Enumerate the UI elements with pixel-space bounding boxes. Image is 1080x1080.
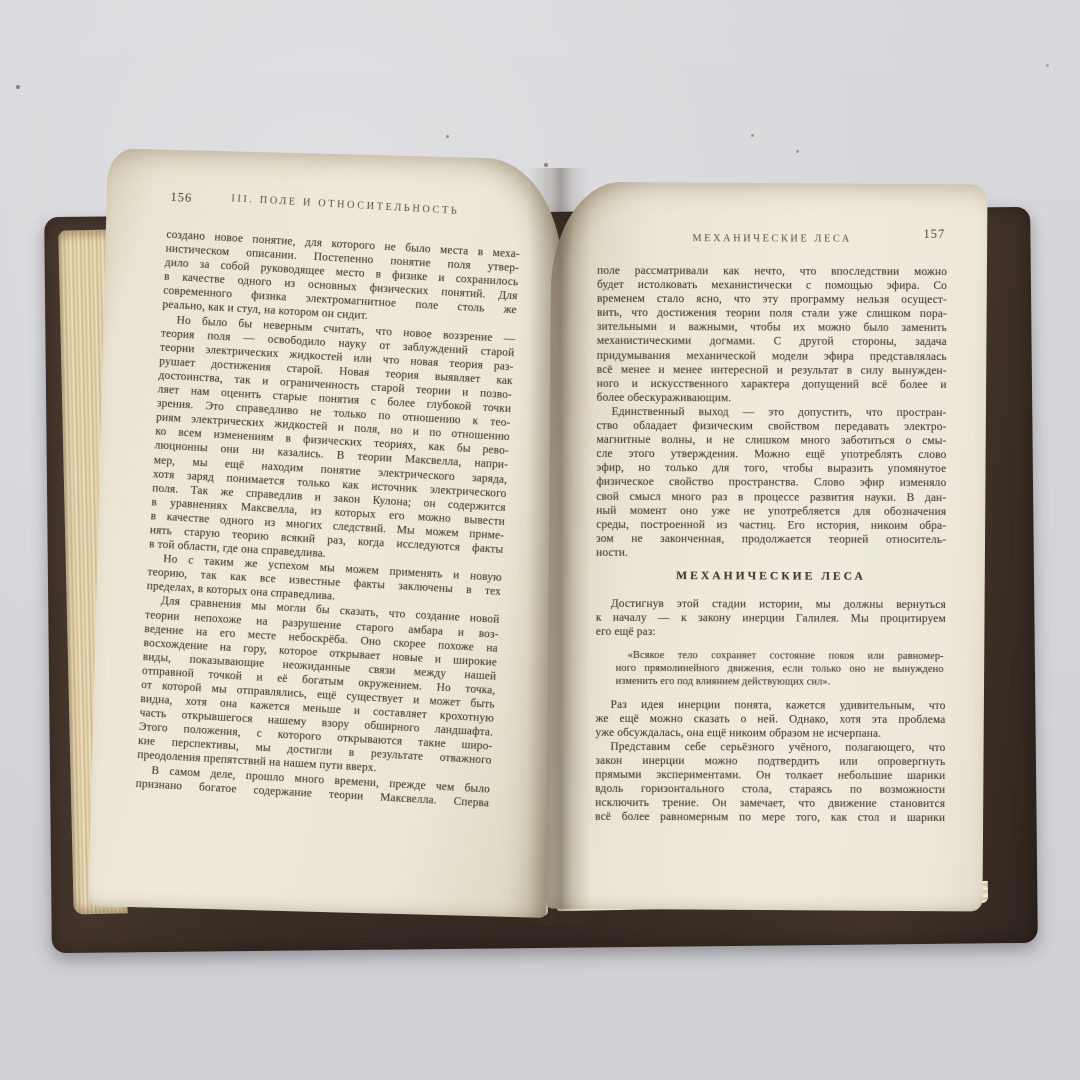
- dust-speck: [751, 134, 754, 137]
- text-line: зом не законченная, продолжается теорией…: [596, 532, 946, 547]
- left-running-header: 156 III. ПОЛЕ И ОТНОСИТЕЛЬНОСТЬ: [168, 190, 523, 232]
- text-line: всё более равномерным по мере того, как …: [595, 810, 945, 825]
- text-line: изменить его под влиянием действующих си…: [616, 675, 944, 689]
- text-line: зительными и важными, чтобы их можно был…: [597, 320, 947, 335]
- text-line: ный момент оно уже не употребляется для …: [596, 503, 946, 518]
- text-line: будет истолковать механистически с помощ…: [597, 278, 947, 293]
- text-line: придумывания механической модели эфира п…: [597, 348, 947, 363]
- text-line: ного и искусственного характера допущени…: [597, 377, 947, 392]
- paragraph: Достигнув этой стадии истории, мы должны…: [596, 597, 946, 641]
- text-line: временем стало ясно, что эту программу н…: [597, 292, 947, 307]
- paragraph: Для сравнения мы могли бы сказать, что с…: [137, 594, 500, 783]
- paragraph: Представим себе серьёзного учёного, пола…: [595, 740, 945, 826]
- paragraph: Единственный выход — это допустить, что …: [596, 405, 947, 561]
- paragraph: «Всякое тело сохраняет состояние покоя и…: [616, 649, 944, 689]
- text-line: ности.: [596, 546, 946, 561]
- text-line: ного прямолинейного движения, если тольк…: [616, 662, 944, 676]
- text-line: Раз идея инерции понята, кажется удивите…: [596, 697, 946, 712]
- paragraph: Но было бы неверным считать, что новое в…: [149, 312, 516, 571]
- right-page-body-mid: Достигнув этой стадии истории, мы должны…: [596, 597, 946, 641]
- left-page-content: 156 III. ПОЛЕ И ОТНОСИТЕЛЬНОСТЬ создано …: [135, 190, 522, 811]
- section-heading: МЕХАНИЧЕСКИЕ ЛЕСА: [596, 569, 946, 583]
- text-line: Представим себе серьёзного учёного, пола…: [595, 740, 945, 755]
- text-line: же ещё можно сказать о ней. Однако, хотя…: [595, 711, 945, 726]
- text-line: «Всякое тело сохраняет состояние покоя и…: [616, 649, 944, 663]
- dust-speck: [796, 150, 799, 153]
- dust-speck: [446, 135, 449, 138]
- text-line: сле этого утверждения. Можно ещё употреб…: [596, 447, 946, 462]
- text-line: вить, что достижения теории поля стали у…: [597, 306, 947, 321]
- text-line: исключить трение. Он замечает, что движе…: [595, 796, 945, 811]
- right-page-number: 157: [923, 227, 945, 242]
- text-line: Достигнув этой стадии истории, мы должны…: [596, 597, 946, 612]
- text-line: вдоль горизонтального стола, стараясь по…: [595, 782, 945, 797]
- text-line: закон инерции можно подтвердить или опро…: [595, 754, 945, 769]
- right-page-body-top: поле рассматривали как нечто, что впосле…: [596, 264, 947, 561]
- text-line: физическое свойство пространства. Слово …: [596, 475, 946, 490]
- right-page-body-bottom: Раз идея инерции понята, кажется удивите…: [595, 697, 945, 825]
- text-line: Единственный выход — это допустить, что …: [597, 405, 947, 420]
- left-page-body: создано новое понятие, для которого не б…: [135, 228, 520, 811]
- text-line: прямыми экспериментами. Он толкает небол…: [595, 768, 945, 783]
- left-running-title: III. ПОЛЕ И ОТНОСИТЕЛЬНОСТЬ: [168, 190, 522, 221]
- right-running-header: МЕХАНИЧЕСКИЕ ЛЕСА 157: [597, 226, 947, 249]
- right-page: МЕХАНИЧЕСКИЕ ЛЕСА 157 поле рассматривали…: [546, 181, 987, 911]
- inertia-law-quote: «Всякое тело сохраняет состояние покоя и…: [596, 649, 946, 690]
- text-line: эфир, но только для того, чтобы выразить…: [596, 461, 946, 476]
- text-line: ство обладает физическим свойством перед…: [597, 419, 947, 434]
- paragraph: Раз идея инерции понята, кажется удивите…: [595, 697, 945, 741]
- text-line: к началу — к закону инерции Галилея. Мы …: [596, 611, 946, 626]
- text-line: механистическими догмами. С другой сторо…: [597, 334, 947, 349]
- left-page: 156 III. ПОЛЕ И ОТНОСИТЕЛЬНОСТЬ создано …: [88, 148, 566, 918]
- dust-speck: [16, 85, 20, 89]
- text-line: магнитные волны, и не слишком много забо…: [596, 433, 946, 448]
- right-running-title: МЕХАНИЧЕСКИЕ ЛЕСА: [597, 233, 947, 245]
- dust-speck: [544, 163, 548, 167]
- text-line: среды, построенной из частиц. Его истори…: [596, 517, 946, 532]
- text-line: его ещё раз:: [596, 625, 946, 640]
- right-page-content: МЕХАНИЧЕСКИЕ ЛЕСА 157 поле рассматривали…: [595, 226, 947, 826]
- text-line: уже обсуждалась, она ещё никоим образом …: [595, 726, 945, 741]
- photo-scene: 156 III. ПОЛЕ И ОТНОСИТЕЛЬНОСТЬ создано …: [0, 0, 1080, 1080]
- text-line: поле рассматривали как нечто, что впосле…: [597, 264, 947, 279]
- text-line: всё менее и менее интересной и результат…: [597, 362, 947, 377]
- dust-speck: [1046, 64, 1049, 67]
- paragraph: поле рассматривали как нечто, что впосле…: [597, 264, 947, 406]
- text-line: более обескураживающим.: [597, 391, 947, 406]
- text-line: свой смысл много раз в процессе развития…: [596, 489, 946, 504]
